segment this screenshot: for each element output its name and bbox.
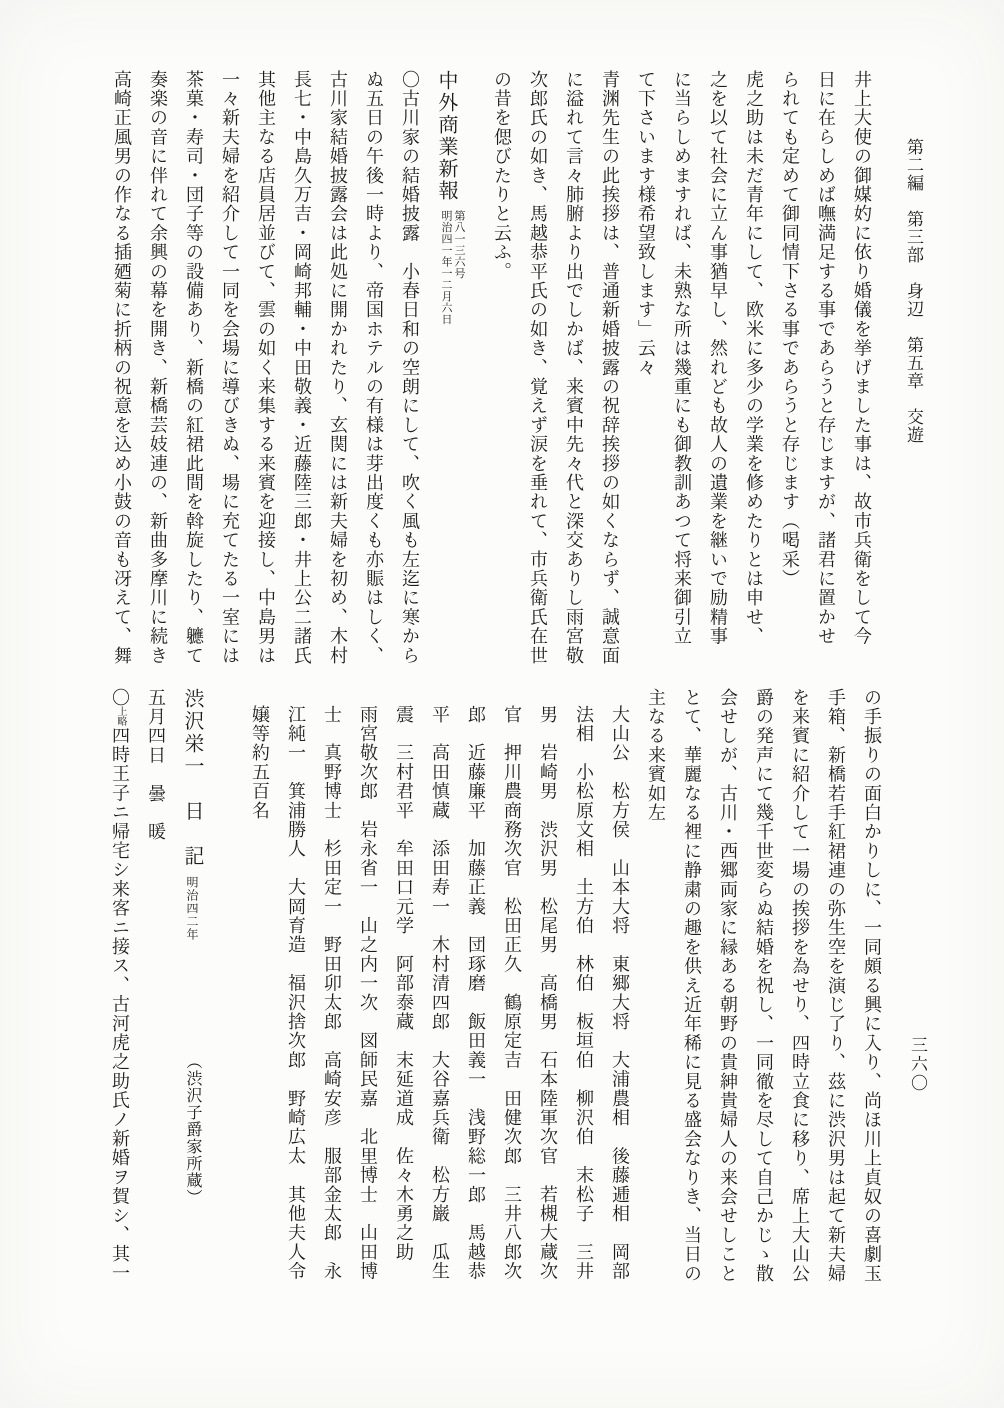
citation-title: 中外商業新報 xyxy=(435,70,457,202)
guest-list-column: 法相 小松原文相 土方伯 林伯 板垣伯 柳沢伯 末松子 三井 xyxy=(573,688,594,1306)
guest-list-column: 大山公 松方侯 山本大将 東郷大将 大浦農相 後藤逓相 岡部 xyxy=(609,688,630,1306)
diary-date-column: 五月四日 曇 暖 xyxy=(145,688,166,1306)
speech-column: 次郎氏の如き、馬越恭平氏の如き、覚えず涙を垂れて、市兵衛氏在世 xyxy=(527,70,548,684)
diary-heading: 渋沢栄一 日 記明治四二年（渋沢子爵家所蔵） xyxy=(181,688,203,1306)
speech-column: 井上大使の御媒妁に依り婚儀を挙げました事は、故市兵衛をして今 xyxy=(851,70,872,684)
page-number: 三六〇 xyxy=(905,1036,930,1093)
citation-date: 明治四一年一二月六日 xyxy=(439,210,452,325)
article-column: の手振りの面白かりしに、一同頗る興に入り、尚ほ川上貞奴の喜劇玉 xyxy=(861,688,882,1306)
guest-list-column: 官 押川農商務次官 松田正久 鶴原定吉 田健次郎 三井八郎次 xyxy=(501,688,522,1306)
lower-text-block: の手振りの面白かりしに、一同頗る興に入り、尚ほ川上貞奴の喜劇玉 手箱、新橋若手紅… xyxy=(94,688,882,1306)
citation-detail: 第八一三六号明治四一年一二月六日 xyxy=(439,210,465,325)
diary-title: 渋沢栄一 日 記 xyxy=(181,688,203,868)
speech-column: 之を以て社会に立ん事猶早し、然れども故人の遺業を継いで励精事 xyxy=(707,70,728,684)
guest-list-column: 嬢等約五百名 xyxy=(249,688,270,1306)
speech-column: て下さいます様希望致します」云々 xyxy=(635,70,656,684)
article-column: 会せしが、古川・西郷両家に縁ある朝野の貴紳貴婦人の来会せしこと xyxy=(717,688,738,1306)
article-column: 主なる来賓如左 xyxy=(645,688,666,1306)
spacer xyxy=(192,941,193,1053)
guest-list-column: 震 三村君平 牟田口元学 阿部泰蔵 末延道成 佐々木勇之助 xyxy=(393,688,414,1306)
article-column: 其他主なる店員居並びて、雲の如く来集する来賓を迎接し、中島男は xyxy=(255,70,276,684)
article-column: 〇古川家の結婚披露 小春日和の空朗にして、吹く風も左迄に寒から xyxy=(399,70,420,684)
guest-list-column: 郎 近藤廉平 加藤正義 団琢磨 飯田義一 浅野総一郎 馬越恭 xyxy=(465,688,486,1306)
speech-column: 日に在らしめば嘸満足する事であらうと存じますが、諸君に置かせ xyxy=(815,70,836,684)
speech-column: 青渊先生の此挨拶は、普通新婚披露の祝辞挨拶の如くならず、誠意面 xyxy=(599,70,620,684)
running-head: 第二編 第三部 身辺 第五章 交遊 xyxy=(901,138,926,444)
guest-list-column: 雨宮敬次郎 岩永省一 山之内一次 図師民嘉 北里博士 山田博 xyxy=(357,688,378,1306)
article-column: 爵の発声にて幾千世変らぬ結婚を祝し、一同徹を尽して自己かじゝ散 xyxy=(753,688,774,1306)
article-column: ぬ五日の午後一時より、帝国ホテルの有様は芽出度くも亦賑はしく、 xyxy=(363,70,384,684)
guest-list-column: 士 真野博士 杉田定一 野田卯太郎 高崎安彦 服部金太郎 永 xyxy=(321,688,342,1306)
speech-column: 虎之助は未だ青年にして、欧米に多少の学業を修めたりとは申せ、 xyxy=(743,70,764,684)
book-page: 第二編 第三部 身辺 第五章 交遊 三六〇 井上大使の御媒妁に依り婚儀を挙げまし… xyxy=(0,0,1004,1408)
diary-entry-column: 〇上略四時王子ニ帰宅シ来客ニ接ス、古河虎之助氏ノ新婚ヲ賀シ、其一 xyxy=(109,688,130,1306)
guest-list-column: 江純一 箕浦勝人 大岡育造 福沢捨次郎 野崎広太 其他夫人令 xyxy=(285,688,306,1306)
article-column: 手箱、新橋若手紅裙連の弥生空を演じ了り、茲に渋沢男は起て新夫婦 xyxy=(825,688,846,1306)
speech-column: られても定めて御同情下さる事であらうと存じます（喝采） xyxy=(779,70,800,684)
guest-list-column: 平 高田慎蔵 添田寿一 木村清四郎 大谷嘉兵衛 松方巌 瓜生 xyxy=(429,688,450,1306)
upper-text-block: 井上大使の御媒妁に依り婚儀を挙げました事は、故市兵衛をして今 日に在らしめば嘸満… xyxy=(96,70,872,684)
speech-column: に当らしめますれば、未熟な所は幾重にも御教訓あつて将来御引立 xyxy=(671,70,692,684)
diary-source: （渋沢子爵家所蔵） xyxy=(184,1053,201,1206)
article-column: 古川家結婚披露会は此処に開かれたり、玄関には新夫婦を初め、木村 xyxy=(327,70,348,684)
diary-year: 明治四二年 xyxy=(185,876,199,941)
guest-list-column: 男 岩崎男 渋沢男 松尾男 高橋男 石本陸軍次官 若槻大蔵次 xyxy=(537,688,558,1306)
speech-column: に溢れて言々肺腑より出でしかば、来賓中先々代と深交ありし雨宮敬 xyxy=(563,70,584,684)
ellipsis-mark: 〇 xyxy=(110,688,130,706)
article-column: を来賓に紹介して一場の挨拶を為せり、四時立食に移り、席上大山公 xyxy=(789,688,810,1306)
article-column: 奏楽の音に伴れて余興の幕を開き、新橋芸妓連の、新曲多摩川に続き xyxy=(147,70,168,684)
article-column: 長七・中島久万吉・岡崎邦輔・中田敬義・近藤陸三郎・井上公二諸氏 xyxy=(291,70,312,684)
ellipsis-note: 上略 xyxy=(115,706,126,726)
diary-entry-text: 四時王子ニ帰宅シ来客ニ接ス、古河虎之助氏ノ新婚ヲ賀シ、其一 xyxy=(110,726,130,1283)
article-column: とて、華麗なる裡に静粛の趣を供え近年稀に見る盛会なりき、当日の xyxy=(681,688,702,1306)
article-column: 茶菓・寿司・団子等の設備あり、新橋の紅裙此間を斡旋したり、軈て xyxy=(183,70,204,684)
newspaper-citation: 中外商業新報第八一三六号明治四一年一二月六日 xyxy=(435,70,465,684)
article-column: 一々新夫婦を紹介して一同を会場に導びきぬ、場に充てたる一室には xyxy=(219,70,240,684)
citation-issue: 第八一三六号 xyxy=(452,210,465,325)
article-column: 高崎正風男の作なる插廼菊に折柄の祝意を込め小鼓の音も冴えて、舞 xyxy=(111,70,132,684)
speech-column: の昔を偲びたりと云ふ。 xyxy=(491,70,512,684)
